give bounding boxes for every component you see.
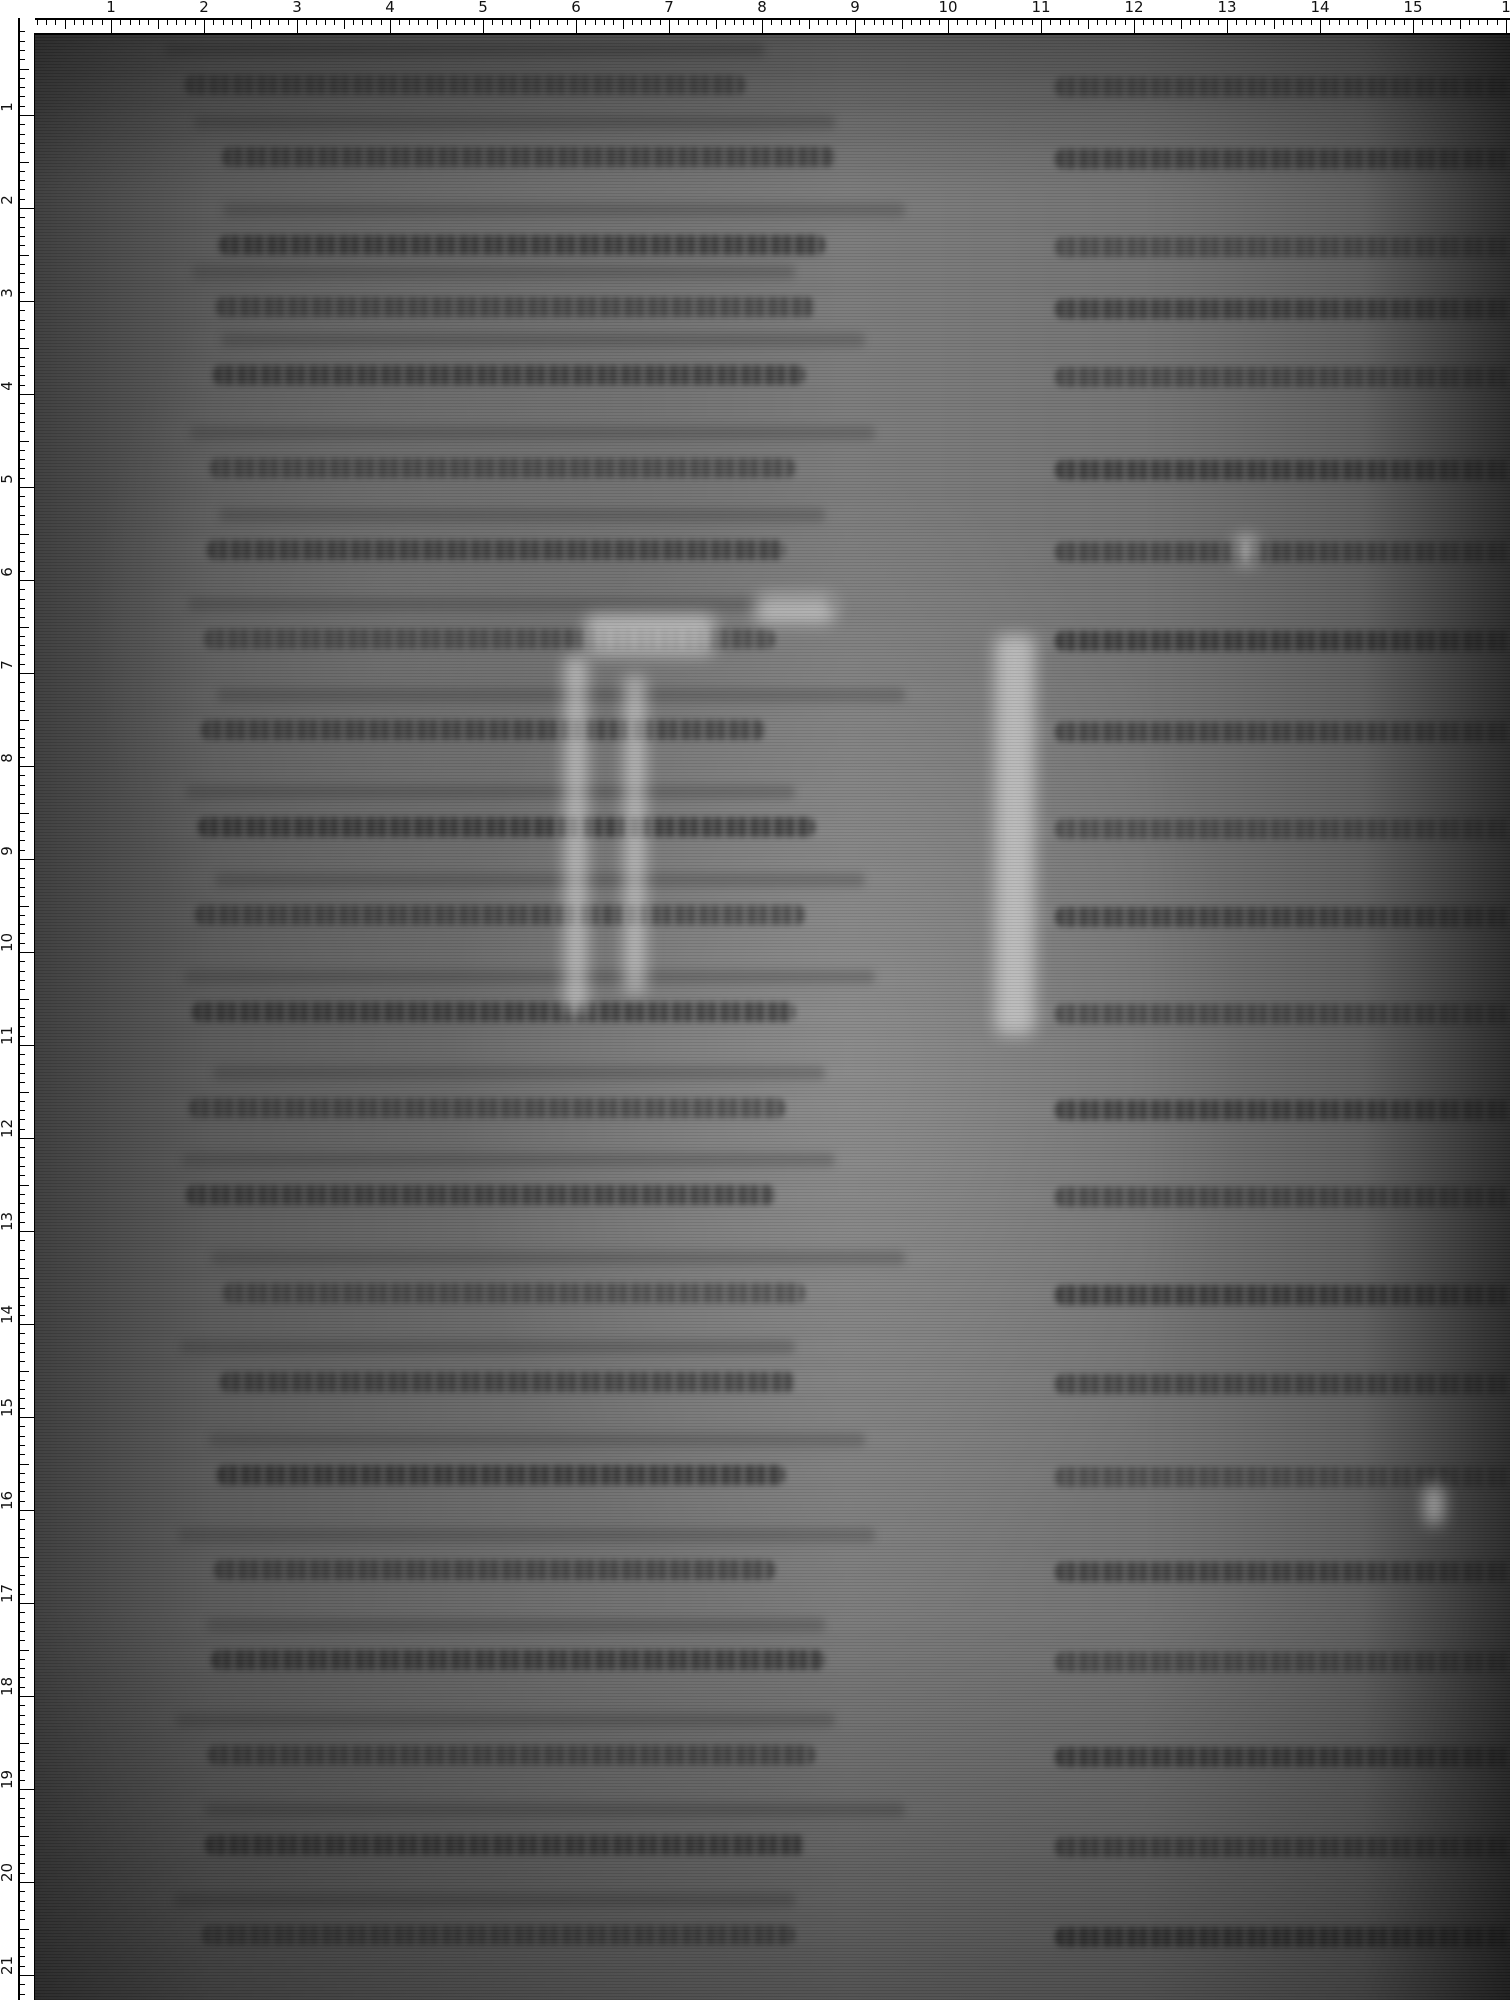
- left-ruler-tick: [18, 766, 34, 767]
- top-ruler-label: 5: [478, 0, 488, 15]
- right-column-text-line: [1055, 237, 1510, 257]
- top-ruler-tick: [325, 18, 326, 25]
- left-ruler-label: 10: [0, 936, 15, 952]
- top-ruler-tick: [1171, 18, 1172, 25]
- top-ruler-tick: [241, 18, 242, 25]
- left-ruler-tick: [18, 1268, 25, 1269]
- left-ruler-tick: [18, 1650, 29, 1651]
- left-ruler-tick: [18, 627, 29, 628]
- left-ruler-tick: [18, 1696, 34, 1697]
- left-ruler-tick: [18, 1622, 25, 1623]
- left-ruler-tick: [18, 738, 25, 739]
- top-ruler-tick: [1162, 18, 1163, 25]
- left-ruler-tick: [18, 599, 25, 600]
- left-ruler-tick: [18, 208, 34, 209]
- top-ruler-tick: [734, 18, 735, 25]
- left-ruler-tick: [18, 1036, 25, 1037]
- left-ruler-tick: [18, 87, 25, 88]
- top-ruler-tick: [362, 18, 363, 25]
- top-ruler-tick: [1497, 18, 1498, 25]
- undertext-line: [192, 265, 795, 279]
- left-ruler-tick: [18, 478, 25, 479]
- left-ruler-tick: [18, 617, 25, 618]
- top-ruler-tick: [37, 18, 38, 25]
- top-ruler-tick: [985, 18, 986, 25]
- undertext-line: [186, 785, 795, 799]
- top-ruler-tick: [855, 18, 856, 33]
- top-ruler-tick: [483, 18, 484, 33]
- top-ruler-tick: [176, 18, 177, 25]
- left-ruler-tick: [18, 1082, 25, 1083]
- top-ruler-tick: [148, 18, 149, 25]
- left-ruler-tick: [18, 682, 25, 683]
- left-ruler-tick: [18, 673, 34, 674]
- left-ruler-label: 11: [0, 1029, 15, 1045]
- left-ruler-label: 13: [0, 1215, 15, 1231]
- left-ruler-tick: [18, 794, 25, 795]
- parchment-highlight: [585, 615, 715, 655]
- left-ruler-tick: [18, 961, 25, 962]
- top-ruler-tick: [892, 18, 893, 25]
- undertext-line: [209, 1433, 865, 1447]
- left-ruler-tick: [18, 1640, 25, 1641]
- top-ruler-tick: [1255, 18, 1256, 25]
- left-ruler-tick: [18, 1417, 34, 1418]
- top-ruler-tick: [1190, 18, 1191, 25]
- top-ruler-label: 11: [1031, 0, 1050, 15]
- left-ruler-tick: [18, 1966, 25, 1967]
- top-ruler-tick: [92, 18, 93, 25]
- parchment-highlight: [755, 595, 835, 623]
- left-ruler-tick: [18, 1222, 25, 1223]
- left-ruler-tick: [18, 282, 25, 283]
- top-ruler-tick: [902, 18, 903, 29]
- top-ruler-tick: [1274, 18, 1275, 29]
- left-ruler-label: 17: [0, 1587, 15, 1603]
- right-column-text-line: [1055, 77, 1510, 97]
- left-ruler-label: 20: [0, 1866, 15, 1882]
- top-ruler-tick: [883, 18, 884, 25]
- top-ruler-tick: [260, 18, 261, 25]
- left-ruler-label: 8: [0, 750, 15, 766]
- left-ruler-tick: [18, 1157, 25, 1158]
- right-column-text-line: [1055, 149, 1510, 169]
- top-ruler-tick: [1413, 18, 1414, 33]
- left-ruler-tick: [18, 217, 25, 218]
- left-ruler-tick: [18, 1929, 29, 1930]
- top-ruler-tick: [167, 18, 168, 25]
- left-ruler-tick: [18, 1761, 25, 1762]
- parchment-highlight: [565, 655, 587, 1015]
- left-ruler-tick: [18, 50, 25, 51]
- top-ruler-tick: [520, 18, 521, 25]
- top-ruler-tick: [353, 18, 354, 25]
- left-ruler-tick: [18, 1687, 25, 1688]
- left-ruler-tick: [18, 143, 25, 144]
- left-ruler-tick: [18, 1287, 25, 1288]
- left-ruler-tick: [18, 561, 25, 562]
- left-ruler-tick: [18, 422, 25, 423]
- top-ruler-tick: [771, 18, 772, 25]
- top-ruler-tick: [548, 18, 549, 25]
- left-ruler-tick: [18, 1491, 25, 1492]
- left-ruler-tick: [18, 41, 25, 42]
- top-ruler-tick: [1153, 18, 1154, 25]
- top-ruler-tick: [576, 18, 577, 33]
- undertext-line: [211, 1251, 905, 1265]
- left-ruler-tick: [18, 1166, 25, 1167]
- left-ruler-tick: [18, 1343, 25, 1344]
- left-ruler-tick: [18, 868, 25, 869]
- left-ruler-tick: [18, 394, 34, 395]
- top-ruler-tick: [1329, 18, 1330, 25]
- left-column-text-line: [222, 147, 835, 167]
- parchment-highlight: [625, 675, 645, 995]
- left-ruler-tick: [18, 124, 25, 125]
- left-ruler-tick: [18, 413, 25, 414]
- left-ruler-tick: [18, 999, 29, 1000]
- left-ruler-tick: [18, 1296, 25, 1297]
- top-ruler-tick: [1339, 18, 1340, 25]
- left-ruler-tick: [18, 431, 25, 432]
- left-ruler-tick: [18, 775, 25, 776]
- top-ruler-tick: [1357, 18, 1358, 25]
- left-ruler-tick: [18, 747, 25, 748]
- left-ruler-tick: [18, 1780, 25, 1781]
- left-ruler-tick: [18, 1882, 34, 1883]
- top-ruler-tick: [1022, 18, 1023, 25]
- left-ruler-tick: [18, 1454, 25, 1455]
- left-ruler-tick: [18, 840, 25, 841]
- top-ruler-label: 6: [571, 0, 581, 15]
- left-ruler-tick: [18, 1519, 25, 1520]
- left-ruler-tick: [18, 1798, 25, 1799]
- left-ruler-tick: [18, 1389, 25, 1390]
- left-ruler-tick: [18, 1910, 25, 1911]
- undertext-line: [205, 1803, 905, 1817]
- top-ruler-tick: [836, 18, 837, 25]
- left-ruler-label: 21: [0, 1959, 15, 1975]
- left-ruler-tick: [18, 1901, 25, 1902]
- top-ruler-label: 13: [1217, 0, 1236, 15]
- top-ruler-tick: [418, 18, 419, 25]
- top-ruler-tick: [697, 18, 698, 25]
- left-ruler-tick: [18, 1752, 25, 1753]
- left-ruler-tick: [18, 1398, 25, 1399]
- top-ruler-tick: [678, 18, 679, 25]
- top-ruler-tick: [1301, 18, 1302, 25]
- left-ruler-tick: [18, 515, 25, 516]
- right-column-text-line: [1055, 1187, 1510, 1207]
- top-ruler-tick: [399, 18, 400, 25]
- right-column-text-line: [1055, 1004, 1510, 1024]
- left-ruler-tick: [18, 1119, 25, 1120]
- top-ruler-tick: [409, 18, 410, 25]
- left-ruler-tick: [18, 301, 34, 302]
- undertext-line: [190, 426, 875, 440]
- top-ruler-tick: [623, 18, 624, 29]
- left-ruler-label: 16: [0, 1494, 15, 1510]
- left-ruler-tick: [18, 1240, 25, 1241]
- top-ruler-tick: [1199, 18, 1200, 25]
- left-ruler-tick: [18, 878, 25, 879]
- top-ruler-tick: [1115, 18, 1116, 25]
- top-ruler-tick: [604, 18, 605, 25]
- left-ruler-tick: [18, 264, 25, 265]
- top-ruler-label: 12: [1124, 0, 1143, 15]
- left-ruler-tick: [18, 943, 25, 944]
- left-ruler-tick: [18, 310, 25, 311]
- left-ruler-tick: [18, 1259, 25, 1260]
- top-ruler-tick: [1236, 18, 1237, 25]
- top-ruler-tick: [130, 18, 131, 25]
- top-ruler-tick: [650, 18, 651, 25]
- left-ruler-tick: [18, 1733, 25, 1734]
- top-ruler-tick: [111, 18, 112, 33]
- left-ruler-tick: [18, 1575, 25, 1576]
- top-ruler-tick: [1208, 18, 1209, 25]
- top-ruler-tick: [846, 18, 847, 25]
- left-ruler-tick: [18, 701, 25, 702]
- left-ruler-tick: [18, 1566, 25, 1567]
- top-ruler-label: 8: [757, 0, 767, 15]
- left-ruler-tick: [18, 636, 25, 637]
- undertext-line: [165, 43, 765, 57]
- top-ruler-tick: [455, 18, 456, 25]
- top-ruler-tick: [1385, 18, 1386, 25]
- undertext-line: [215, 873, 865, 887]
- top-ruler-tick: [1078, 18, 1079, 25]
- top-ruler-tick: [65, 18, 66, 29]
- left-ruler-tick: [18, 348, 29, 349]
- top-ruler-tick: [911, 18, 912, 25]
- left-ruler-tick: [18, 1631, 25, 1632]
- left-ruler-label: 9: [0, 843, 15, 859]
- left-ruler-tick: [18, 1677, 25, 1678]
- left-ruler-tick: [18, 1324, 34, 1325]
- left-ruler-tick: [18, 971, 25, 972]
- left-ruler-tick: [18, 1873, 25, 1874]
- top-ruler-tick: [1441, 18, 1442, 25]
- left-ruler-tick: [18, 1743, 29, 1744]
- left-ruler-tick: [18, 255, 29, 256]
- top-ruler-tick: [827, 18, 828, 25]
- right-column-text-line: [1055, 631, 1510, 651]
- top-ruler-tick: [706, 18, 707, 25]
- left-ruler-tick: [18, 524, 25, 525]
- top-ruler-tick: [1143, 18, 1144, 25]
- top-ruler-tick: [1125, 18, 1126, 25]
- top-ruler-tick: [864, 18, 865, 25]
- undertext-line: [184, 970, 875, 984]
- left-ruler-tick: [18, 496, 25, 497]
- top-ruler-tick: [725, 18, 726, 25]
- top-ruler-tick: [1218, 18, 1219, 25]
- left-ruler-tick: [18, 571, 25, 572]
- left-ruler: 123456789101112131415161718192021: [0, 0, 35, 2000]
- right-column-text-line: [1055, 299, 1510, 319]
- top-ruler-tick: [427, 18, 428, 25]
- top-ruler-tick: [632, 18, 633, 25]
- top-ruler-tick: [46, 18, 47, 25]
- right-column-text-line: [1055, 1374, 1510, 1394]
- left-ruler-tick: [18, 1984, 25, 1985]
- top-ruler-label: 7: [664, 0, 674, 15]
- top-ruler-tick: [446, 18, 447, 25]
- right-column-text-line: [1055, 1927, 1510, 1947]
- left-ruler-tick: [18, 757, 25, 758]
- right-column-text-line: [1055, 907, 1510, 927]
- top-ruler-tick: [1264, 18, 1265, 25]
- left-ruler-tick: [18, 1250, 25, 1251]
- top-ruler-tick: [539, 18, 540, 25]
- left-ruler-tick: [18, 1352, 25, 1353]
- left-ruler-tick: [18, 1975, 34, 1976]
- top-ruler-tick: [920, 18, 921, 25]
- top-ruler-tick: [102, 18, 103, 25]
- left-ruler-tick: [18, 645, 25, 646]
- left-ruler-tick: [18, 1510, 34, 1511]
- top-ruler-tick: [297, 18, 298, 33]
- left-ruler-tick: [18, 1826, 25, 1827]
- left-ruler-tick: [18, 1138, 34, 1139]
- top-ruler-label: 4: [385, 0, 395, 15]
- top-ruler-tick: [381, 18, 382, 25]
- left-column-text-line: [207, 540, 785, 560]
- left-ruler-tick: [18, 375, 25, 376]
- left-ruler-tick: [18, 1603, 34, 1604]
- top-ruler-tick: [1487, 18, 1488, 25]
- parchment-highlight: [1235, 535, 1257, 565]
- left-ruler-tick: [18, 664, 25, 665]
- top-ruler-tick: [818, 18, 819, 25]
- left-ruler-tick: [18, 720, 29, 721]
- left-ruler-tick: [18, 1715, 25, 1716]
- left-ruler-label: 5: [0, 471, 15, 487]
- top-ruler-tick: [1283, 18, 1284, 25]
- left-ruler-tick: [18, 915, 25, 916]
- left-ruler-baseline: [18, 18, 20, 2000]
- undertext-line: [194, 115, 835, 129]
- top-ruler-tick: [595, 18, 596, 25]
- top-ruler-tick: [1134, 18, 1135, 33]
- left-ruler-tick: [18, 1845, 25, 1846]
- top-ruler-tick: [1506, 18, 1507, 33]
- top-ruler-tick: [1032, 18, 1033, 25]
- left-ruler-tick: [18, 1045, 34, 1046]
- top-ruler-tick: [716, 18, 717, 29]
- left-ruler-tick: [18, 357, 25, 358]
- top-ruler-tick: [613, 18, 614, 25]
- left-ruler-tick: [18, 96, 25, 97]
- top-ruler-tick: [1097, 18, 1098, 25]
- top-ruler-tick: [948, 18, 949, 33]
- right-column-text-line: [1055, 722, 1510, 742]
- left-ruler-tick: [18, 180, 25, 181]
- top-ruler-tick: [316, 18, 317, 25]
- left-ruler-tick: [18, 1668, 25, 1669]
- top-ruler-tick: [223, 18, 224, 25]
- left-ruler-tick: [18, 1064, 25, 1065]
- left-ruler-tick: [18, 1584, 25, 1585]
- left-column-text-line: [201, 720, 765, 740]
- top-ruler-tick: [288, 18, 289, 25]
- left-ruler-tick: [18, 1408, 25, 1409]
- top-ruler-tick: [660, 18, 661, 25]
- top-ruler-tick: [1004, 18, 1005, 25]
- top-ruler-tick: [874, 18, 875, 25]
- left-ruler-tick: [18, 1110, 25, 1111]
- top-ruler-tick: [511, 18, 512, 25]
- left-ruler-tick: [18, 1054, 25, 1055]
- left-ruler-tick: [18, 1594, 25, 1595]
- top-ruler-tick: [781, 18, 782, 25]
- top-ruler-tick: [1348, 18, 1349, 25]
- top-ruler-tick: [1088, 18, 1089, 29]
- left-ruler-tick: [18, 1705, 25, 1706]
- left-ruler-tick: [18, 189, 25, 190]
- top-ruler-tick: [1181, 18, 1182, 29]
- top-ruler-label: 14: [1310, 0, 1329, 15]
- top-ruler-tick: [120, 18, 121, 25]
- left-ruler-tick: [18, 1185, 29, 1186]
- left-ruler-tick: [18, 1501, 25, 1502]
- left-ruler-tick: [18, 273, 25, 274]
- top-ruler-label: 2: [199, 0, 209, 15]
- left-ruler-tick: [18, 831, 25, 832]
- left-ruler-tick: [18, 459, 25, 460]
- right-column-text-line: [1055, 1467, 1510, 1487]
- top-ruler-tick: [557, 18, 558, 25]
- undertext-line: [221, 333, 865, 347]
- top-ruler-tick: [390, 18, 391, 33]
- left-ruler-tick: [18, 729, 25, 730]
- left-column-text-line: [213, 365, 805, 385]
- left-ruler-tick: [18, 1315, 25, 1316]
- left-ruler-tick: [18, 487, 34, 488]
- left-ruler-tick: [18, 1278, 29, 1279]
- left-ruler-tick: [18, 1445, 25, 1446]
- left-ruler-tick: [18, 227, 25, 228]
- left-ruler-tick: [18, 933, 25, 934]
- left-column-text-line: [186, 1185, 775, 1205]
- left-ruler-tick: [18, 1129, 25, 1130]
- left-ruler-tick: [18, 1092, 29, 1093]
- left-ruler-tick: [18, 1956, 25, 1957]
- left-ruler-tick: [18, 1008, 25, 1009]
- left-ruler-tick: [18, 589, 25, 590]
- left-ruler-tick: [18, 543, 25, 544]
- top-ruler-tick: [492, 18, 493, 25]
- left-ruler-tick: [18, 692, 25, 693]
- left-ruler-tick: [18, 292, 25, 293]
- top-ruler-tick: [1069, 18, 1070, 25]
- top-ruler-tick: [1311, 18, 1312, 25]
- left-ruler-tick: [18, 552, 25, 553]
- left-ruler-tick: [18, 403, 25, 404]
- left-ruler-tick: [18, 924, 25, 925]
- left-ruler-tick: [18, 850, 25, 851]
- left-ruler-tick: [18, 1464, 29, 1465]
- undertext-line: [180, 1340, 795, 1354]
- left-ruler-tick: [18, 1147, 25, 1148]
- left-column-text-line: [208, 1745, 815, 1765]
- top-ruler-tick: [762, 18, 763, 33]
- right-column-text-line: [1055, 819, 1510, 839]
- left-ruler-tick: [18, 1789, 34, 1790]
- left-ruler-tick: [18, 236, 25, 237]
- top-ruler-tick: [1394, 18, 1395, 25]
